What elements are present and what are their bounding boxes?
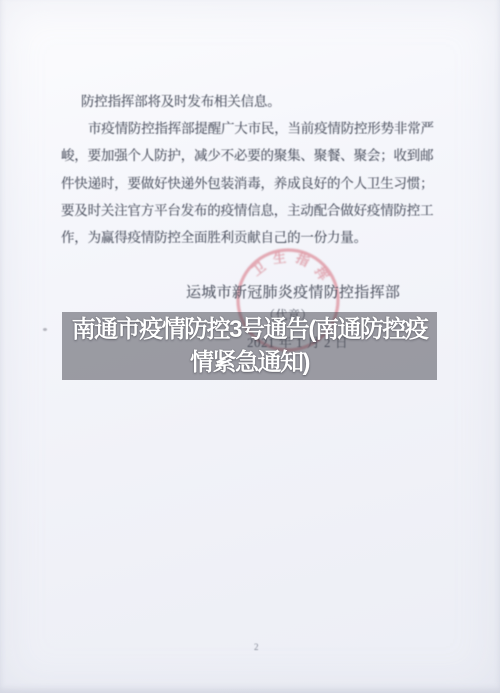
signature-line: 运城市新冠肺炎疫情防控指挥部 (186, 281, 400, 302)
document-line: 件快递时，要做好快递外包装消毒，养成良好的个人卫生习惯； (61, 170, 441, 197)
headline-line-1: 南通市疫情防控3号通告(南通防控疫 (72, 313, 428, 346)
photo-of-document: 防控指挥部将及时发布相关信息。 市疫情防控指挥部提醒广大市民，当前疫情防控形势非… (0, 0, 500, 693)
headline-line-2: 情紧急通知) (190, 346, 309, 379)
document-line: 要及时关注官方平台发布的疫情信息，主动配合做好疫情防控工 (61, 197, 441, 224)
document-line: 峻，要加强个人防护，减少不必要的聚集、聚餐、聚会；收到邮 (61, 142, 441, 169)
document-line: 防控指挥部将及时发布相关信息。 (61, 88, 441, 115)
photo-artifact-dot (43, 328, 47, 331)
document-body: 防控指挥部将及时发布相关信息。 市疫情防控指挥部提醒广大市民，当前疫情防控形势非… (61, 88, 441, 251)
document-line: 市疫情防控指挥部提醒广大市民，当前疫情防控形势非常严 (61, 115, 441, 142)
headline-overlay-banner: 南通市疫情防控3号通告(南通防控疫 情紧急通知) (62, 312, 437, 380)
page-number: 2 (254, 642, 259, 652)
